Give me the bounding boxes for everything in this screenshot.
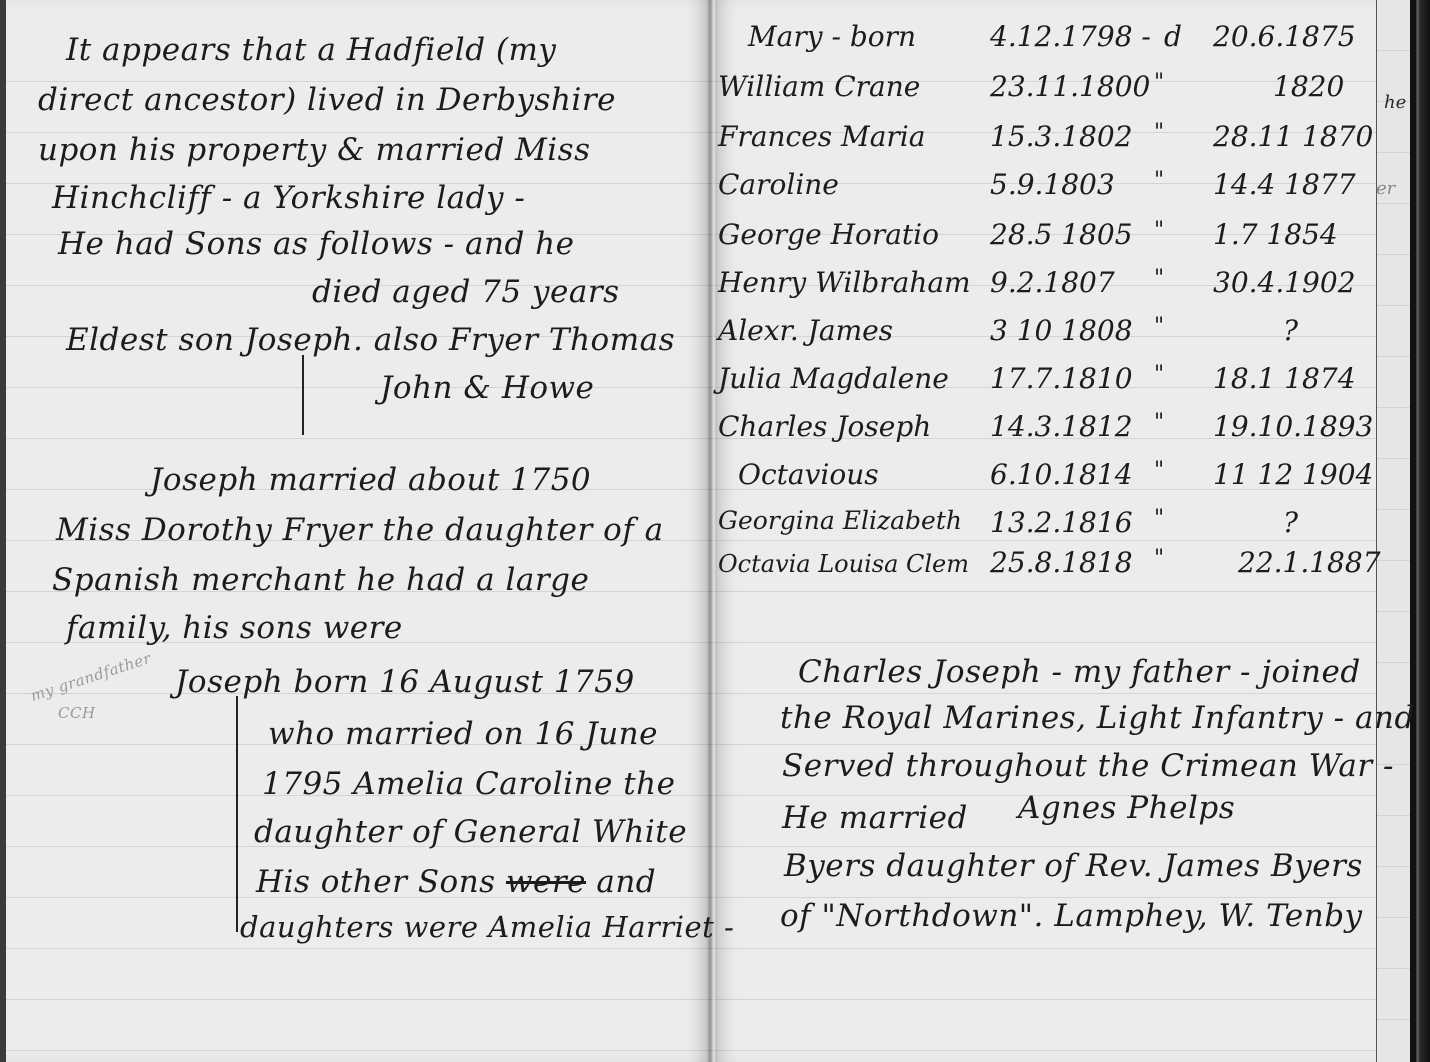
child-died: 20.6.1875 (1213, 20, 1356, 53)
margin-note-line2: CCH (58, 704, 96, 722)
joseph-detail-line1: who married on 16 June (268, 716, 658, 752)
child-died: 30.4.1902 (1213, 266, 1356, 299)
child-born: 28.5 1805 (990, 218, 1133, 251)
child-died-marker: d (1164, 20, 1182, 53)
right-para-line4: He married (782, 800, 968, 836)
right-para-line3: Served throughout the Crimean War - (782, 748, 1394, 784)
right-para-line2: the Royal Marines, Light Infantry - and (780, 700, 1415, 736)
joseph-detail-line5: daughters were Amelia Harriet - (240, 910, 734, 944)
child-name: Alexr. James (718, 314, 893, 347)
child-row: Julia Magdalene 17.7.1810 " 18.1 1874 (718, 362, 1378, 402)
child-row: George Horatio 28.5 1805 " 1.7 1854 (718, 218, 1378, 258)
left-para2-line4: family, his sons were (66, 610, 403, 646)
child-died-marker: " (1154, 410, 1164, 435)
child-row: Frances Maria 15.3.1802 " 28.11 1870 (718, 120, 1378, 160)
underlying-page-edge (1376, 0, 1411, 1062)
child-name: Henry Wilbraham (718, 266, 971, 299)
left-para1-line1: It appears that a Hadfield (my (66, 32, 556, 68)
child-born: 4.12.1798 - (990, 20, 1151, 53)
child-row: Alexr. James 3 10 1808 " ? (718, 314, 1378, 354)
child-died: 18.1 1874 (1213, 362, 1356, 395)
child-row: Charles Joseph 14.3.1812 " 19.10.1893 (718, 410, 1378, 450)
edge-fragment: er (1376, 178, 1395, 199)
child-died-marker: " (1154, 506, 1164, 531)
right-para-line5: Byers daughter of Rev. James Byers (784, 848, 1363, 884)
child-born: 23.11.1800 (990, 70, 1150, 103)
child-died: 28.11 1870 (1213, 120, 1373, 153)
child-name: Julia Magdalene (718, 362, 949, 395)
right-para-line1: Charles Joseph - my father - joined (798, 654, 1361, 690)
child-row: Mary - born 4.12.1798 - d 20.6.1875 (718, 20, 1378, 60)
left-para2-line1: Joseph married about 1750 (150, 462, 591, 498)
child-born: 17.7.1810 (990, 362, 1133, 395)
child-died: 22.1.1887 (1238, 546, 1381, 579)
joseph-descendant-line (236, 696, 238, 932)
child-died: 19.10.1893 (1213, 410, 1373, 443)
child-row: Octavia Louisa Clem 25.8.1818 " 22.1.188… (718, 546, 1378, 586)
child-row: Caroline 5.9.1803 " 14.4 1877 (718, 168, 1378, 208)
child-row: Octavious 6.10.1814 " 11 12 1904 (718, 458, 1378, 498)
child-died-marker: " (1154, 168, 1164, 193)
left-para2-line2: Miss Dorothy Fryer the daughter of a (56, 512, 664, 548)
child-died: 11 12 1904 (1213, 458, 1373, 491)
left-para1-line6: died aged 75 years (312, 274, 620, 310)
child-died: ? (1283, 314, 1298, 347)
notebook-spread: It appears that a Hadfield (my direct an… (0, 0, 1430, 1062)
child-died-marker: " (1154, 266, 1164, 291)
child-died: ? (1283, 506, 1298, 539)
child-born: 15.3.1802 (990, 120, 1133, 153)
child-died-marker: " (1154, 218, 1164, 243)
child-died: 1.7 1854 (1213, 218, 1338, 251)
child-row: William Crane 23.11.1800 " 1820 (718, 70, 1378, 110)
child-died-marker: " (1154, 362, 1164, 387)
child-name: William Crane (718, 70, 920, 103)
joseph-birth-line: Joseph born 16 August 1759 (175, 664, 635, 700)
child-born: 3 10 1808 (990, 314, 1133, 347)
edge-fragment: he (1384, 92, 1406, 113)
child-name: Mary - born (748, 20, 916, 53)
left-para1-line5: He had Sons as follows - and he (58, 226, 574, 262)
left-para1-line2: direct ancestor) lived in Derbyshire (38, 82, 616, 118)
child-born: 25.8.1818 (990, 546, 1133, 579)
left-sons-line: Eldest son Joseph. also Fryer Thomas (66, 322, 675, 358)
child-died-marker: " (1154, 120, 1164, 145)
child-name: Octavious (738, 458, 879, 491)
child-name: Caroline (718, 168, 839, 201)
child-died-marker: " (1154, 546, 1164, 571)
joseph-detail-line4: His other Sons were and (256, 864, 656, 900)
child-born: 5.9.1803 (990, 168, 1115, 201)
child-born: 13.2.1816 (990, 506, 1133, 539)
child-died-marker: " (1154, 70, 1164, 95)
child-name: George Horatio (718, 218, 939, 251)
left-sons-line-2: John & Howe (380, 370, 594, 406)
left-para1-line4: Hinchcliff - a Yorkshire lady - (52, 180, 525, 216)
child-died-marker: " (1154, 458, 1164, 483)
child-row: Henry Wilbraham 9.2.1807 " 30.4.1902 (718, 266, 1378, 306)
child-name: Frances Maria (718, 120, 925, 153)
child-name: Charles Joseph (718, 410, 931, 443)
child-name: Octavia Louisa Clem (718, 550, 969, 578)
left-para1-line3: upon his property & married Miss (38, 132, 591, 168)
right-para-line6: of "Northdown". Lamphey, W. Tenby (780, 898, 1363, 934)
struck-word: were (506, 864, 586, 900)
family-tree-line (302, 355, 304, 435)
spouse-name: Agnes Phelps (1018, 790, 1235, 826)
child-born: 6.10.1814 (990, 458, 1133, 491)
child-born: 14.3.1812 (990, 410, 1133, 443)
notebook-cover-edge (1410, 0, 1430, 1062)
joseph-detail-line3: daughter of General White (254, 814, 687, 850)
left-para2-line3: Spanish merchant he had a large (52, 562, 589, 598)
child-died: 14.4 1877 (1213, 168, 1356, 201)
child-row: Georgina Elizabeth 13.2.1816 " ? (718, 506, 1378, 546)
child-born: 9.2.1807 (990, 266, 1115, 299)
child-died: 1820 (1273, 70, 1344, 103)
child-name: Georgina Elizabeth (718, 506, 962, 535)
child-died-marker: " (1154, 314, 1164, 339)
joseph-detail-line2: 1795 Amelia Caroline the (262, 766, 676, 802)
binding-gutter (707, 0, 717, 1062)
